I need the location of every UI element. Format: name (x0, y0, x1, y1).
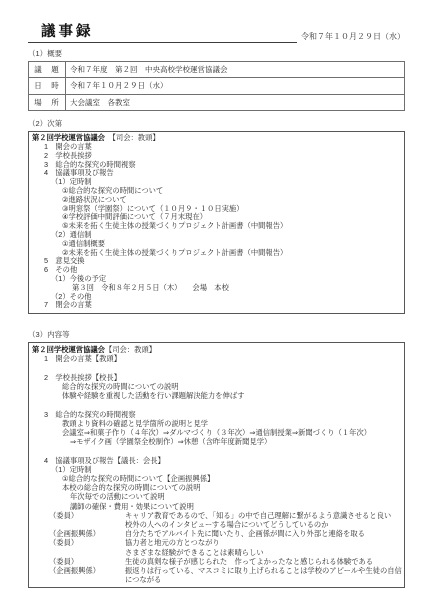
blank-line (32, 400, 401, 409)
row-value: 令和７年度 第２回 中央高校学校運営協議会 (66, 61, 405, 78)
row-label: 議 題 (29, 61, 66, 78)
discussion-row: 校外の人へのインタビューする場合についてどうしているのか (32, 520, 401, 529)
discussion-row: （委員）生徒の真剣な様子が感じられた 作ってよかったなと感じられる体験である (32, 557, 401, 566)
speaker-text: 校外の人へのインタビューする場合についてどうしているのか (125, 520, 401, 529)
discussion-row: （委員）協力者と地元の方とつながり (32, 538, 401, 547)
page-title: 議事録 (41, 24, 297, 42)
agenda-box: 第２回学校運営協議会 【司会：教頭】 1 開会の言葉 2 学校長挨拶 3 総合的… (28, 131, 405, 314)
row-value: 令和７年１０月２９日（水） (66, 78, 405, 95)
agenda-line: ②未来を拓く生徒主体の授業づくりプロジェクト計画書（中間報告） (32, 249, 401, 258)
speaker-label: （委員） (49, 557, 125, 566)
speaker-label (49, 520, 125, 529)
agenda-line: 5 意見交換 (32, 257, 401, 266)
discussion-row: （企画振興係）自分たちでアルバイト先に聞いたり、企画係が間に入り外部と連絡を取る (32, 529, 401, 538)
speaker-label (49, 575, 125, 584)
minutes-box: 第２回学校運営協議会【司会：教頭】 1 開会の言葉【教頭】 2 学校長挨拶【校長… (28, 342, 405, 588)
row-label: 日 時 (29, 78, 66, 95)
section-label-agenda: （2）次第 (28, 118, 405, 129)
minutes-line: ①総合的な探究の時間について【企画振興係】 (32, 474, 401, 483)
discussion-row: につながる (32, 575, 401, 584)
speaker-label: （委員） (49, 538, 125, 547)
speaker-text: 振返りは行っている、マスコミに取り上げられることは学校のアピールや生徒の自信 (125, 566, 402, 575)
agenda-line: 7 閉会の言葉 (32, 301, 401, 310)
minutes-line: 2 学校長挨拶【校長】 (32, 373, 401, 382)
minutes-line: 教頭より資料の確認と見学箇所の説明と見学 (32, 419, 401, 428)
box-title-facilitator: 【司会：教頭】 (105, 345, 156, 354)
blank-line (32, 364, 401, 373)
minutes-line: 体験や経験を重視した活動を行い課題解決能力を伸ばす (32, 391, 401, 400)
speaker-text: 自分たちでアルバイト先に聞いたり、企画係が間に入り外部と連絡を取る (125, 529, 401, 538)
box-title-facilitator: 【司会：教頭】 (105, 133, 160, 142)
speaker-label: （委員） (49, 511, 125, 520)
minutes-line: 1 開会の言葉【教頭】 (32, 354, 401, 363)
document-header: 議事録 令和７年１０月２９日（水） (28, 24, 405, 43)
minutes-line: 総合的な探究の時間についての説明 (32, 382, 401, 391)
discussion-row: （委員）キャリア教育であるので、「知る」の中で自己理解に繋がるよう意識させると良… (32, 511, 401, 520)
minutes-line: 年次毎での活動について説明 (32, 492, 401, 501)
row-value: 大会議室 各教室 (66, 94, 405, 111)
section-label-overview: （1）概要 (28, 48, 405, 59)
row-label: 場 所 (29, 94, 66, 111)
speaker-text: 協力者と地元の方とつながり (125, 538, 401, 547)
minutes-line: 講師の確保・費用・効果について説明 (32, 502, 401, 511)
discussion-row: さまざまな経験ができることは素晴らしい (32, 548, 401, 557)
speaker-text: さまざまな経験ができることは素晴らしい (125, 548, 401, 557)
speaker-text: 生徒の真剣な様子が感じられた 作ってよかったなと感じられる体験である (125, 557, 401, 566)
table-row: 議 題 令和７年度 第２回 中央高校学校運営協議会 (29, 61, 405, 78)
minutes-line: 会議室⇒和菓子作り（４年次）⇒ダルマづくり（３年次）⇒通信制授業⇒新聞づくり（１… (32, 428, 401, 437)
box-title-bold: 第２回学校運営協議会 (32, 133, 105, 142)
minutes-line: 4 協議事項及び報告【議長：会長】 (32, 456, 401, 465)
table-row: 日 時 令和７年１０月２９日（水） (29, 78, 405, 95)
minutes-box-title: 第２回学校運営協議会【司会：教頭】 (32, 345, 401, 354)
overview-table: 議 題 令和７年度 第２回 中央高校学校運営協議会 日 時 令和７年１０月２９日… (28, 61, 405, 112)
speaker-label: （企画振興係） (49, 529, 125, 538)
box-title-bold: 第２回学校運営協議会 (32, 345, 105, 354)
minutes-line: 本校の総合的な探究の時間についての説明 (32, 483, 401, 492)
section-label-minutes: （3）内容等 (28, 329, 405, 340)
minutes-line: 3 総合的な探究の時間視察 (32, 410, 401, 419)
speaker-text: につながる (125, 575, 401, 584)
speaker-label (49, 548, 125, 557)
speaker-label: （企画振興係） (49, 566, 125, 575)
document-page: 議事録 令和７年１０月２９日（水） （1）概要 議 題 令和７年度 第２回 中央… (0, 0, 424, 600)
title-underline: 議事録 (28, 24, 297, 43)
document-date: 令和７年１０月２９日（水） (297, 31, 405, 43)
minutes-line: （1）定時制 (32, 465, 401, 474)
blank-line (32, 446, 401, 455)
speaker-text: キャリア教育であるので、「知る」の中で自己理解に繋がるよう意識させると良い (125, 511, 401, 520)
minutes-line: ⇒モザイク画（学園祭全校制作）⇒休憩（含昨年度新聞見学） (32, 437, 401, 446)
table-row: 場 所 大会議室 各教室 (29, 94, 405, 111)
discussion-row: （企画振興係）振返りは行っている、マスコミに取り上げられることは学校のアピールや… (32, 566, 401, 575)
